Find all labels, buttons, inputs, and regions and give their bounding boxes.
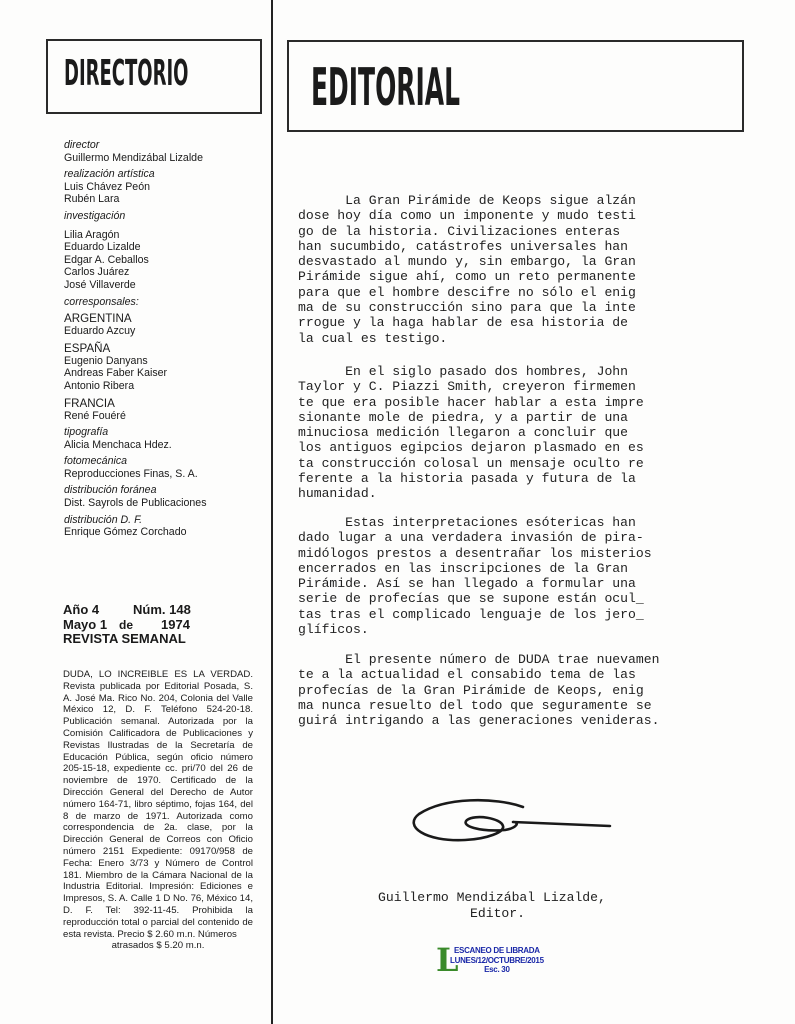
stamp-line: LUNES/12/OCTUBRE/2015: [450, 956, 544, 966]
staff-name: Dist. Sayrols de Publicaciones: [64, 497, 264, 510]
staff-role: tipografía: [64, 426, 264, 439]
staff-name: Antonio Ribera: [64, 380, 264, 393]
staff-name: Eduardo Azcuy: [64, 325, 264, 338]
scan-stamp: L ESCANEO DE LIBRADA LUNES/12/OCTUBRE/20…: [436, 945, 551, 981]
editorial-paragraph: Estas interpretaciones esótericas han da…: [298, 515, 728, 637]
legal-body: DUDA, LO INCREIBLE ES LA VERDAD. Revista…: [63, 669, 253, 940]
staff-name: Guillermo Mendizábal Lizalde: [64, 152, 264, 165]
editorial-paragraph: La Gran Pirámide de Keops sigue alzán do…: [298, 193, 728, 346]
staff-name: Rubén Lara: [64, 193, 264, 206]
correspondent-country: FRANCIA: [64, 397, 264, 410]
editor-title: Editor.: [378, 906, 606, 922]
staff-name: Luis Chávez Peón: [64, 181, 264, 194]
directorio-header-box: DIRECTORIO: [46, 39, 262, 114]
staff-name: Eugenio Danyans: [64, 355, 264, 368]
issue-date-de: de: [119, 618, 161, 633]
editorial-title: EDITORIAL: [311, 58, 460, 118]
issue-year: Año 4: [63, 603, 133, 618]
staff-name: Carlos Juárez: [64, 266, 264, 279]
staff-role: corresponsales:: [64, 296, 264, 309]
editorial-paragraph: En el siglo pasado dos hombres, John Tay…: [298, 364, 728, 502]
staff-role: distribución D. F.: [64, 514, 264, 527]
directorio-title: DIRECTORIO: [64, 53, 188, 94]
staff-role: distribución foránea: [64, 484, 264, 497]
issue-type: REVISTA SEMANAL: [63, 632, 263, 647]
legal-notice: DUDA, LO INCREIBLE ES LA VERDAD. Revista…: [63, 669, 253, 952]
editorial-paragraph: El presente número de DUDA trae nuevamen…: [298, 652, 728, 728]
correspondent-country: ARGENTINA: [64, 312, 264, 325]
issue-date-month: Mayo 1: [63, 618, 119, 633]
staff-directory: directorGuillermo Mendizábal Lizaldereal…: [64, 139, 264, 539]
staff-role: investigación: [64, 210, 264, 223]
staff-name: José Villaverde: [64, 279, 264, 292]
correspondent-country: ESPAÑA: [64, 342, 264, 355]
staff-role: realización artística: [64, 168, 264, 181]
staff-name: Enrique Gómez Corchado: [64, 526, 264, 539]
staff-name: Edgar A. Ceballos: [64, 254, 264, 267]
staff-name: René Fouéré: [64, 410, 264, 423]
staff-name: Lilia Aragón: [64, 229, 264, 242]
legal-last-line: atrasados $ 5.20 m.n.: [63, 940, 253, 952]
staff-name: Eduardo Lizalde: [64, 241, 264, 254]
staff-name: Reproducciones Finas, S. A.: [64, 468, 264, 481]
editor-name: Guillermo Mendizábal Lizalde,: [378, 890, 606, 906]
editor-signature-block: Guillermo Mendizábal Lizalde,Editor.: [378, 890, 606, 921]
issue-date-year: 1974: [161, 618, 190, 633]
staff-name: Alicia Menchaca Hdez.: [64, 439, 264, 452]
stamp-line: Esc. 30: [450, 965, 544, 975]
stamp-text: ESCANEO DE LIBRADA LUNES/12/OCTUBRE/2015…: [450, 946, 544, 975]
issue-number: Núm. 148: [133, 603, 191, 618]
stamp-line: ESCANEO DE LIBRADA: [450, 946, 544, 956]
column-divider: [271, 0, 273, 1024]
editorial-header-box: EDITORIAL: [287, 40, 744, 132]
signature-icon: [405, 792, 615, 852]
staff-name: Andreas Faber Kaiser: [64, 367, 264, 380]
issue-info: Año 4Núm. 148 Mayo 1de1974 REVISTA SEMAN…: [63, 603, 263, 647]
staff-role: director: [64, 139, 264, 152]
staff-role: fotomecánica: [64, 455, 264, 468]
